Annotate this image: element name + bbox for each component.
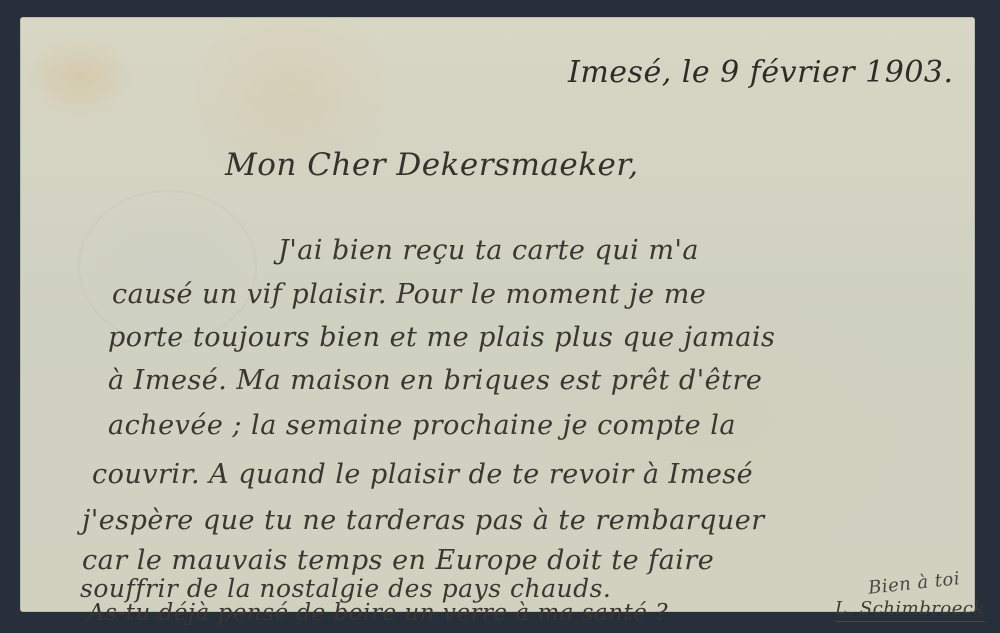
body-line: J'ai bien reçu ta carte qui m'a	[278, 235, 699, 266]
body-line: achevée ; la semaine prochaine je compte…	[108, 410, 736, 441]
postcard: Imesé, le 9 février 1903. Mon Cher Deker…	[20, 17, 975, 612]
faded-stamp-impression	[80, 192, 255, 342]
closing: Bien à toi	[867, 568, 961, 599]
date-line: Imesé, le 9 février 1903.	[568, 55, 954, 90]
body-line: car le mauvais temps en Europe doit te f…	[82, 545, 714, 576]
body-line: As-tu déjà pensé de boire un verre à ma …	[88, 600, 668, 626]
signature: L. Schimbroeck	[835, 598, 985, 622]
body-line: couvrir. A quand le plaisir de te revoir…	[92, 459, 753, 490]
body-line: souffrir de la nostalgie des pays chauds…	[80, 574, 611, 603]
greeting: Mon Cher Dekersmaeker,	[225, 147, 639, 183]
body-line: j'espère que tu ne tarderas pas à te rem…	[82, 505, 765, 536]
body-line: à Imesé. Ma maison en briques est prêt d…	[108, 365, 762, 396]
body-line: causé un vif plaisir. Pour le moment je …	[112, 279, 706, 310]
body-line: porte toujours bien et me plais plus que…	[108, 322, 775, 353]
